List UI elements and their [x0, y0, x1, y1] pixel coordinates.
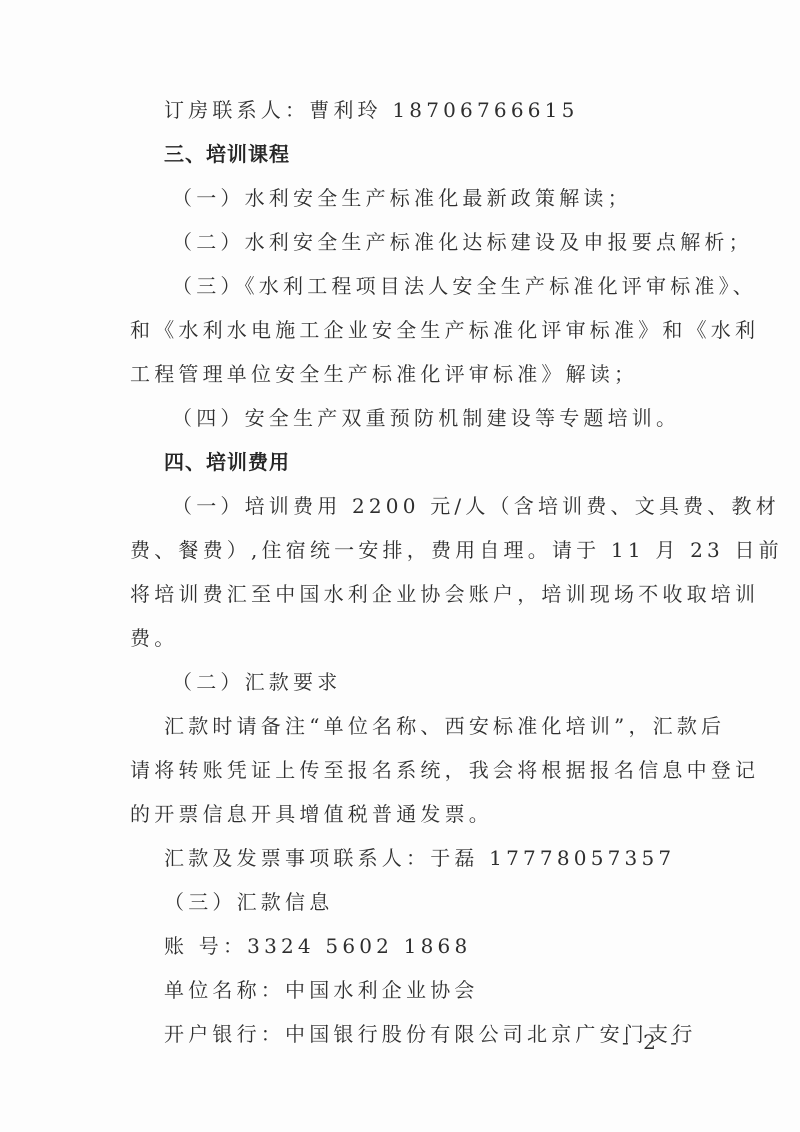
course-item-3-line-3: 工程管理单位安全生产标准化评审标准》解读；: [130, 362, 638, 386]
course-item-1: （一）水利安全生产标准化最新政策解读；: [172, 186, 632, 210]
fee-item-3-heading: （三）汇款信息: [164, 890, 333, 914]
fee-item-2-line-1: 汇款时请备注“单位名称、西安标准化培训”，汇款后: [164, 714, 725, 738]
bank-name-line: 开户银行：中国银行股份有限公司北京广安门支行: [164, 1022, 696, 1046]
course-item-4: （四）安全生产双重预防机制建设等专题培训。: [172, 406, 680, 430]
invoice-contact-line: 汇款及发票事项联系人：于磊 17778057357: [164, 846, 675, 870]
page-number: - 2 -: [622, 1030, 681, 1054]
course-item-2: （二）水利安全生产标准化达标建设及申报要点解析；: [172, 230, 753, 254]
course-item-3-line-1: （三）《水利工程项目法人安全生产标准化评审标准》、: [172, 274, 757, 298]
booking-contact-line: 订房联系人：曹利玲 18706766615: [164, 98, 579, 122]
fee-item-2-line-3: 的开票信息开具增值税普通发票。: [130, 802, 493, 826]
fee-item-2-heading: （二）汇款要求: [172, 670, 341, 694]
fee-item-1-line-4: 费。: [130, 626, 178, 650]
fee-item-1-line-1: （一）培训费用 2200 元/人（含培训费、文具费、教材: [172, 494, 780, 518]
fee-item-1-line-3: 将培训费汇至中国水利企业协会账户，培训现场不收取培训: [130, 582, 759, 606]
course-item-3-line-2: 和《水利水电施工企业安全生产标准化评审标准》和《水利: [130, 318, 759, 342]
fee-item-1-line-2: 费、餐费）,住宿统一安排，费用自理。请于 11 月 23 日前: [130, 538, 783, 562]
section-heading-courses: 三、培训课程: [164, 142, 290, 166]
account-number-line: 账 号：3324 5602 1868: [164, 934, 471, 958]
account-name-line: 单位名称：中国水利企业协会: [164, 978, 479, 1002]
document-page: 订房联系人：曹利玲 18706766615 三、培训课程 （一）水利安全生产标准…: [0, 0, 800, 1132]
section-heading-fees: 四、培训费用: [164, 450, 290, 474]
fee-item-2-line-2: 请将转账凭证上传至报名系统，我会将根据报名信息中登记: [130, 758, 759, 782]
